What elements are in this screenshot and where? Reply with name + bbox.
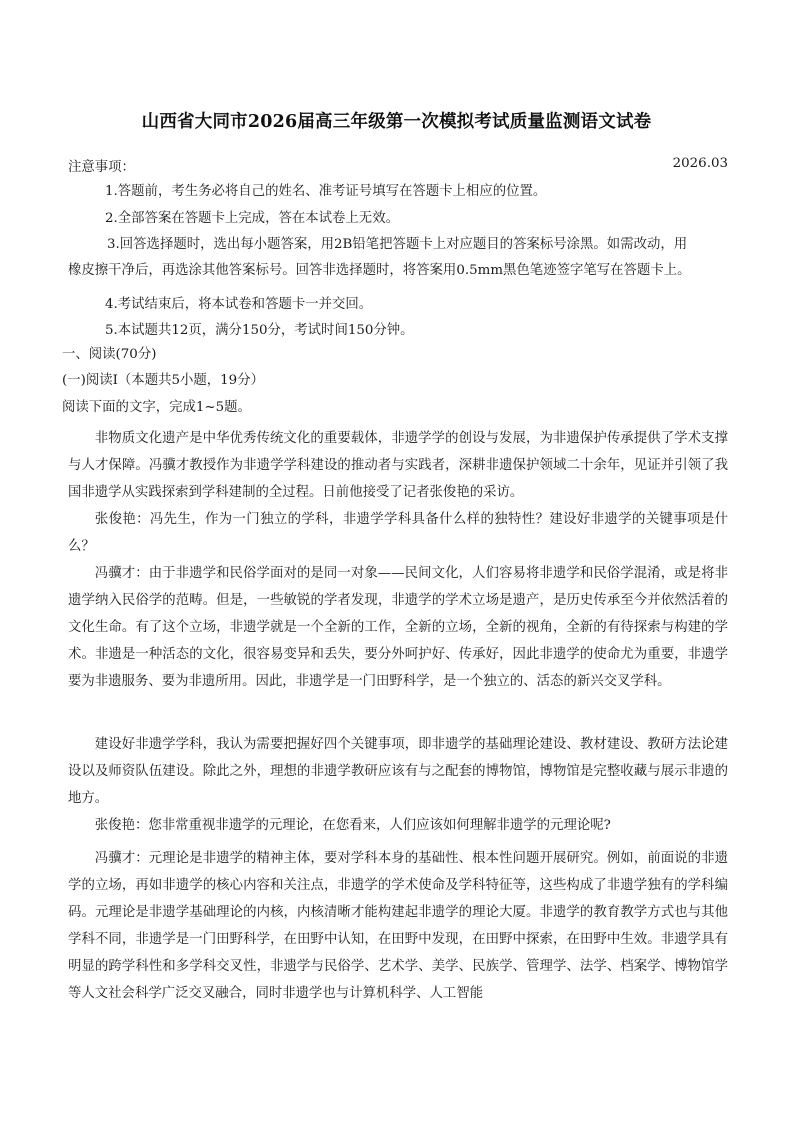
notice-item-5: 5.本试题共12页，满分150分，考试时间150分钟。 [68, 322, 765, 340]
notice-item-1: 1.答题前，考生务必将自己的姓名、准考证号填写在答题卡上相应的位置。 [68, 183, 765, 201]
passage-paragraph: 非物质文化遗产是中华优秀传统文化的重要载体，非遗学学的创设与发展，为非遗保护传承… [68, 426, 728, 507]
notice-item-4: 4.考试结束后，将本试卷和答题卡一并交回。 [68, 296, 765, 314]
passage-paragraph: 张俊艳：冯先生，作为一门独立的学科，非遗学学科具备什么样的独特性？建设好非遗学的… [68, 507, 728, 561]
passage-paragraph: 冯骥才：由于非遗学和民俗学面对的是同一对象——民间文化，人们容易将非遗学和民俗学… [68, 561, 728, 696]
section-subheading: (一)阅读Ⅰ（本题共5小题，19分） [62, 372, 722, 390]
notice-item-3: 3.回答选择题时，选出每小题答案，用2B铅笔把答题卡上对应题目的答案标号涂黑。如… [68, 236, 767, 254]
passage-paragraph: 建设好非遗学学科，我认为需要把握好四个关键事项，即非遗学的基础理论建设、教材建设… [68, 732, 728, 813]
passage-paragraph: 张俊艳：您非常重视非遗学的元理论，在您看来，人们应该如何理解非遗学的元理论呢? [68, 813, 728, 840]
notice-item-3-cont: 橡皮擦干净后，再选涂其他答案标号。回答非选择题时，将答案用0.5mm黑色笔迹签字… [68, 262, 728, 280]
notice-item-2: 2.全部答案在答题卡上完成，答在本试卷上无效。 [68, 210, 765, 228]
exam-page: 山西省大同市2026届高三年级第一次模拟考试质量监测语文试卷 注意事项： 202… [0, 0, 793, 1121]
exam-date: 2026.03 [673, 156, 728, 175]
notice-header: 注意事项： 2026.03 [68, 156, 728, 175]
section-heading: 一、阅读(70分) [62, 346, 722, 364]
section-instruction: 阅读下面的文字，完成1~5题。 [62, 399, 722, 417]
notice-label: 注意事项： [68, 156, 135, 175]
page-title: 山西省大同市2026届高三年级第一次模拟考试质量监测语文试卷 [0, 108, 793, 133]
passage-paragraph: 冯骥才：元理论是非遗学的精神主体，要对学科本身的基础性、根本性问题开展研究。例如… [68, 846, 728, 1007]
